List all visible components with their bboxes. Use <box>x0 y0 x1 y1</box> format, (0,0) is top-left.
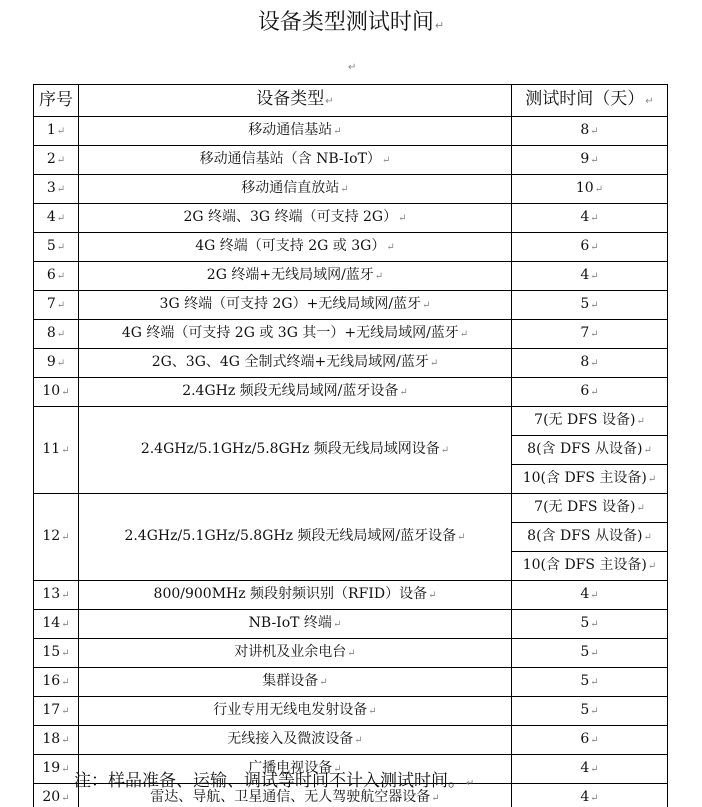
row-device-type: 行业专用无线电发射设备↵ <box>79 697 512 726</box>
table-row: 18↵无线接入及微波设备↵6↵ <box>34 726 668 755</box>
row-index: 7↵ <box>34 291 79 320</box>
row-test-duration: 5↵ <box>512 697 668 726</box>
row-test-duration: 5↵ <box>512 639 668 668</box>
row-test-duration: 8↵ <box>512 349 668 378</box>
table-row: 8↵4G 终端（可支持 2G 或 3G 其一）+无线局域网/蓝牙↵7↵ <box>34 320 668 349</box>
row-device-type: NB-IoT 终端↵ <box>79 610 512 639</box>
row-test-duration: 4↵ <box>512 784 668 807</box>
row-index: 16↵ <box>34 668 79 697</box>
row-index: 9↵ <box>34 349 79 378</box>
table-row: 7↵3G 终端（可支持 2G）+无线局域网/蓝牙↵5↵ <box>34 291 668 320</box>
row-device-type: 2.4GHz/5.1GHz/5.8GHz 频段无线局域网设备↵ <box>79 407 512 494</box>
row-index: 8↵ <box>34 320 79 349</box>
footnote: 注：样品准备、运输、调试等时间不计入测试时间。↵ <box>74 766 474 791</box>
header-device-type: 设备类型↵ <box>79 85 512 117</box>
row-test-duration: 4↵ <box>512 581 668 610</box>
row-test-duration: 6↵ <box>512 378 668 407</box>
row-device-type: 4G 终端（可支持 2G 或 3G 其一）+无线局域网/蓝牙↵ <box>79 320 512 349</box>
table-body: 1↵移动通信基站↵8↵2↵移动通信基站（含 NB-IoT）↵9↵3↵移动通信直放… <box>34 117 668 807</box>
row-test-duration: 5↵ <box>512 610 668 639</box>
row-index: 10↵ <box>34 378 79 407</box>
paragraph-mark-icon: ↵ <box>348 62 356 73</box>
row-device-type: 3G 终端（可支持 2G）+无线局域网/蓝牙↵ <box>79 291 512 320</box>
table-row: 9↵2G、3G、4G 全制式终端+无线局域网/蓝牙↵8↵ <box>34 349 668 378</box>
table-row: 4↵2G 终端、3G 终端（可支持 2G）↵4↵ <box>34 204 668 233</box>
row-device-type: 移动通信基站（含 NB-IoT）↵ <box>79 146 512 175</box>
table-row: 16↵集群设备↵5↵ <box>34 668 668 697</box>
row-test-duration: 4↵ <box>512 204 668 233</box>
test-time-table: 序号 设备类型↵ 测试时间（天）↵ 1↵移动通信基站↵8↵2↵移动通信基站（含 … <box>33 84 668 807</box>
table-row: 5↵4G 终端（可支持 2G 或 3G）↵6↵ <box>34 233 668 262</box>
table-row: 1↵移动通信基站↵8↵ <box>34 117 668 146</box>
row-device-type: 2.4GHz/5.1GHz/5.8GHz 频段无线局域网/蓝牙设备↵ <box>79 494 512 581</box>
row-device-type: 800/900MHz 频段射频识别（RFID）设备↵ <box>79 581 512 610</box>
row-index: 4↵ <box>34 204 79 233</box>
table-row: 2↵移动通信基站（含 NB-IoT）↵9↵ <box>34 146 668 175</box>
document-title: 设备类型测试时间↵ <box>0 6 702 43</box>
row-test-duration: 10(含 DFS 主设备)↵ <box>512 552 668 581</box>
paragraph-mark-icon: ↵ <box>435 19 444 32</box>
row-index: 5↵ <box>34 233 79 262</box>
row-index: 3↵ <box>34 175 79 204</box>
row-index: 1↵ <box>34 117 79 146</box>
row-test-duration: 6↵ <box>512 233 668 262</box>
row-device-type: 移动通信基站↵ <box>79 117 512 146</box>
row-test-duration: 7(无 DFS 设备)↵ <box>512 407 668 436</box>
row-device-type: 2G 终端、3G 终端（可支持 2G）↵ <box>79 204 512 233</box>
row-test-duration: 4↵ <box>512 755 668 784</box>
row-test-duration: 4↵ <box>512 262 668 291</box>
row-device-type: 对讲机及业余电台↵ <box>79 639 512 668</box>
row-test-duration: 8(含 DFS 从设备)↵ <box>512 523 668 552</box>
table-row: 17↵行业专用无线电发射设备↵5↵ <box>34 697 668 726</box>
row-index: 6↵ <box>34 262 79 291</box>
table-row: 15↵对讲机及业余电台↵5↵ <box>34 639 668 668</box>
row-test-duration: 6↵ <box>512 726 668 755</box>
row-index: 19↵ <box>34 755 79 784</box>
table-row: 3↵移动通信直放站↵10↵ <box>34 175 668 204</box>
row-test-duration: 10↵ <box>512 175 668 204</box>
row-index: 2↵ <box>34 146 79 175</box>
row-test-duration: 8(含 DFS 从设备)↵ <box>512 436 668 465</box>
footnote-text: 注：样品准备、运输、调试等时间不计入测试时间。 <box>74 771 465 791</box>
row-device-type: 无线接入及微波设备↵ <box>79 726 512 755</box>
row-index: 12↵ <box>34 494 79 581</box>
table-row: 12↵2.4GHz/5.1GHz/5.8GHz 频段无线局域网/蓝牙设备↵7(无… <box>34 494 668 523</box>
row-test-duration: 8↵ <box>512 117 668 146</box>
table-row: 10↵2.4GHz 频段无线局域网/蓝牙设备↵6↵ <box>34 378 668 407</box>
row-index: 11↵ <box>34 407 79 494</box>
table-row: 14↵NB-IoT 终端↵5↵ <box>34 610 668 639</box>
row-test-duration: 5↵ <box>512 291 668 320</box>
row-test-duration: 7(无 DFS 设备)↵ <box>512 494 668 523</box>
row-test-duration: 7↵ <box>512 320 668 349</box>
row-device-type: 2G 终端+无线局域网/蓝牙↵ <box>79 262 512 291</box>
row-device-type: 4G 终端（可支持 2G 或 3G）↵ <box>79 233 512 262</box>
table-row: 13↵800/900MHz 频段射频识别（RFID）设备↵4↵ <box>34 581 668 610</box>
row-index: 15↵ <box>34 639 79 668</box>
paragraph-mark-icon: ↵ <box>466 778 474 789</box>
table-row: 11↵2.4GHz/5.1GHz/5.8GHz 频段无线局域网设备↵7(无 DF… <box>34 407 668 436</box>
row-test-duration: 9↵ <box>512 146 668 175</box>
row-device-type: 2G、3G、4G 全制式终端+无线局域网/蓝牙↵ <box>79 349 512 378</box>
header-test-duration: 测试时间（天）↵ <box>512 85 668 117</box>
row-index: 17↵ <box>34 697 79 726</box>
header-index: 序号 <box>34 85 79 117</box>
table-row: 6↵2G 终端+无线局域网/蓝牙↵4↵ <box>34 262 668 291</box>
row-device-type: 移动通信直放站↵ <box>79 175 512 204</box>
row-index: 20↵ <box>34 784 79 807</box>
row-index: 14↵ <box>34 610 79 639</box>
row-index: 13↵ <box>34 581 79 610</box>
table-header-row: 序号 设备类型↵ 测试时间（天）↵ <box>34 85 668 117</box>
row-test-duration: 5↵ <box>512 668 668 697</box>
document-title-text: 设备类型测试时间 <box>258 10 434 35</box>
row-device-type: 2.4GHz 频段无线局域网/蓝牙设备↵ <box>79 378 512 407</box>
row-device-type: 集群设备↵ <box>79 668 512 697</box>
row-index: 18↵ <box>34 726 79 755</box>
row-test-duration: 10(含 DFS 主设备)↵ <box>512 465 668 494</box>
